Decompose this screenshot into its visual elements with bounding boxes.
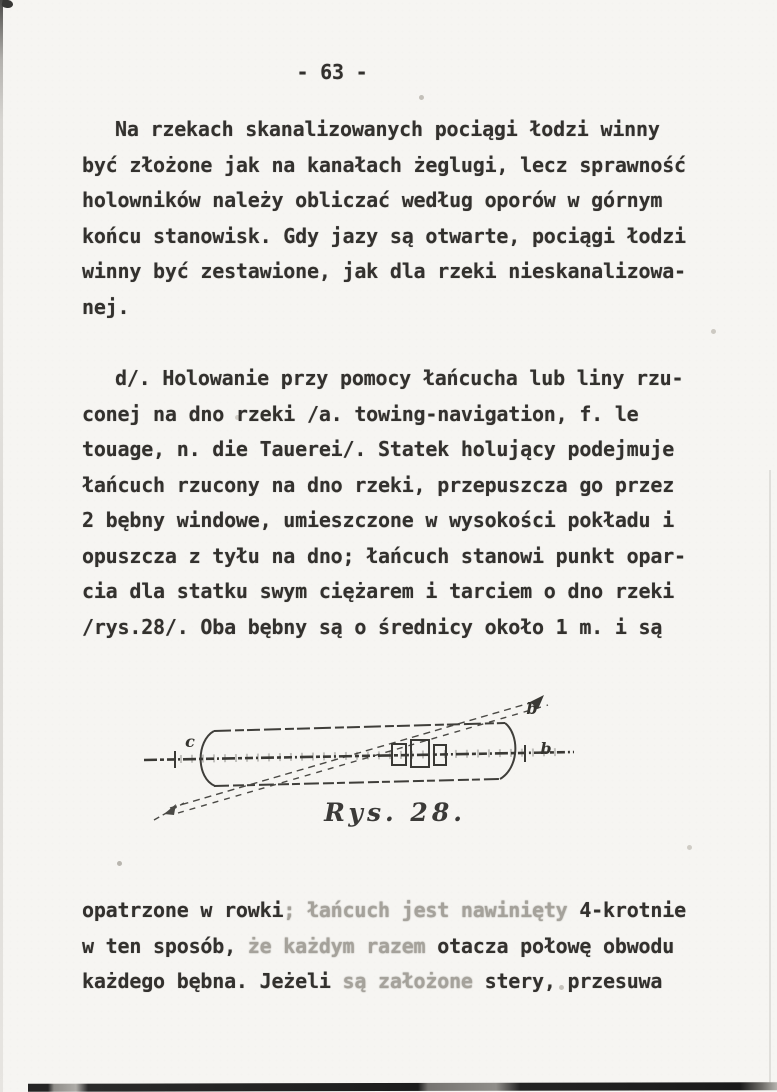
text-line: holowników należy obliczać według oporów…	[82, 183, 722, 219]
text-line: winny być zestawione, jak dla rzeki nies…	[82, 254, 722, 290]
text-segment-smudged: ; łańcuch jest nawinięty	[283, 898, 579, 922]
text-line: d/. Holowanie przy pomocy łańcucha lub l…	[82, 361, 722, 397]
text-segment: 4-krotnie	[579, 898, 686, 922]
chain-line	[144, 745, 574, 768]
text-line: być złożone jak na kanałach żeglugi, lec…	[82, 148, 722, 184]
scan-corner-mark	[1, 0, 13, 9]
text-segment-smudged: są założone	[343, 969, 485, 993]
scan-bottom-bar	[28, 1082, 777, 1092]
text-line: Na rzekach skanalizowanych pociągi łodzi…	[82, 112, 722, 148]
text-line: cia dla statku swym ciężarem i tarciem o…	[82, 574, 722, 610]
page-number: - 63 -	[262, 58, 402, 86]
paragraph-3: opatrzone w rowki; łańcuch jest nawinięt…	[82, 893, 722, 1000]
paragraph-2: d/. Holowanie przy pomocy łańcucha lub l…	[82, 361, 722, 645]
scanned-document-page: - 63 - Na rzekach skanalizowanych pociąg…	[0, 0, 777, 1092]
text-line: w ten sposób, że każdym razem otacza poł…	[82, 929, 722, 965]
text-line: opuszcza z tyłu na dno; łańcuch stanowi …	[82, 539, 722, 575]
text-line: touage, n. die Tauerei/. Statek holujący…	[82, 432, 722, 468]
figure-label-b-right: b	[540, 739, 551, 758]
text-segment-smudged: że każdym razem	[248, 934, 437, 958]
text-segment: w ten sposób,	[82, 934, 248, 958]
paragraph-1: Na rzekach skanalizowanych pociągi łodzi…	[82, 112, 722, 325]
figure-label-b-top: b	[526, 699, 537, 718]
text-segment: każdego bębna. Jeżeli	[82, 969, 343, 993]
text-line: nej.	[82, 290, 722, 326]
text-line: końcu stanowisk. Gdy jazy są otwarte, po…	[82, 219, 722, 255]
text-segment: otacza połowę obwodu	[437, 934, 674, 958]
text-segment: opatrzone w rowki	[82, 898, 283, 922]
text-line: conej na dno rzeki /a. towing-navigation…	[82, 397, 722, 433]
text-line: /rys.28/. Oba bębny są o średnicy około …	[82, 610, 722, 646]
arrowhead-bottom-left	[164, 804, 176, 815]
text-segment: stery, przesuwa	[485, 969, 663, 993]
scan-specks	[0, 0, 3, 3]
text-line: 2 bębny windowe, umieszczone w wysokości…	[82, 503, 722, 539]
scan-right-crease	[769, 470, 771, 1090]
scan-left-edge	[0, 0, 3, 1092]
text-line: łańcuch rzucony na dno rzeki, przepuszcz…	[82, 468, 722, 504]
figure-label-c: c	[185, 732, 195, 751]
figure-caption: Rys. 28.	[300, 796, 490, 830]
text-line: opatrzone w rowki; łańcuch jest nawinięt…	[82, 893, 722, 929]
text-line: każdego bębna. Jeżeli są założone stery,…	[82, 964, 722, 1000]
